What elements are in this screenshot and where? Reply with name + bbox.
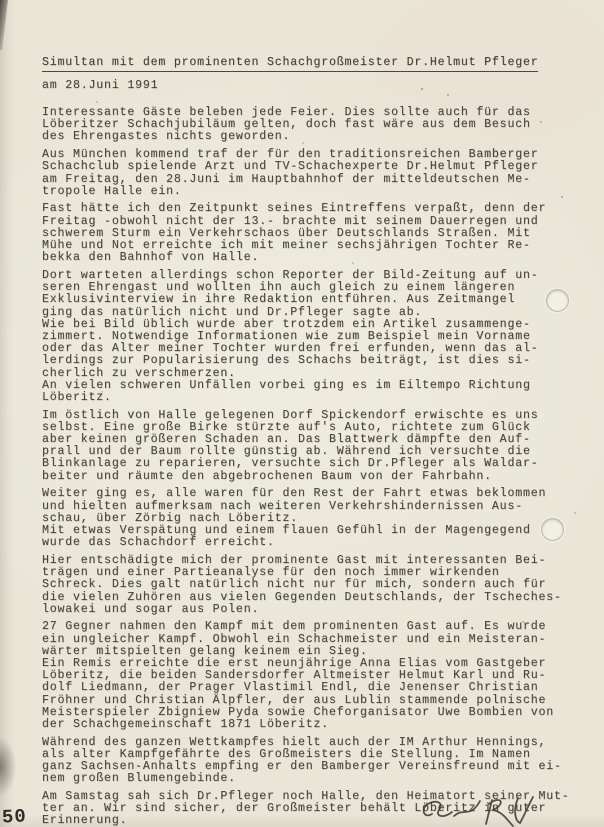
paragraph: Hier entschädigte mich der prominente Ga… bbox=[42, 555, 582, 616]
scan-edge-shadow-bottom-left bbox=[0, 733, 24, 808]
scanned-document-page: Simultan mit dem prominenten Schachgroßm… bbox=[0, 0, 604, 827]
title-line-1: Simultan mit dem prominenten Schachgroßm… bbox=[42, 56, 538, 72]
scan-edge-shadow-top-left bbox=[0, 0, 8, 50]
paragraph: Dort warteten allerdings schon Reporter … bbox=[42, 270, 582, 404]
paragraph: Interessante Gäste beleben jede Feier. D… bbox=[42, 107, 582, 144]
paragraph: Während des ganzen Wettkampfes hielt auc… bbox=[42, 737, 582, 786]
paragraphs: Interessante Gäste beleben jede Feier. D… bbox=[42, 107, 582, 827]
paragraph: 27 Gegner nahmen den Kampf mit dem promi… bbox=[42, 621, 582, 731]
signature-scribble bbox=[412, 792, 542, 827]
paragraph: Fast hätte ich den Zeitpunkt seines Eint… bbox=[42, 203, 582, 264]
document-content: Simultan mit dem prominenten Schachgroßm… bbox=[42, 56, 582, 827]
paragraph: Aus München kommend traf der für den tra… bbox=[42, 149, 582, 198]
paragraph: Weiter ging es, alle waren für den Rest … bbox=[42, 488, 582, 549]
document-title: Simultan mit dem prominenten Schachgroßm… bbox=[42, 56, 582, 92]
punch-hole-top bbox=[546, 289, 569, 312]
title-line-2: am 28.Juni 1991 bbox=[42, 79, 582, 92]
paper-specks bbox=[0, 0, 2, 2]
punch-hole-bottom bbox=[541, 518, 564, 541]
paragraph: Im östlich von Halle gelegenen Dorf Spic… bbox=[42, 410, 582, 483]
page-number: 50 bbox=[1, 805, 27, 827]
